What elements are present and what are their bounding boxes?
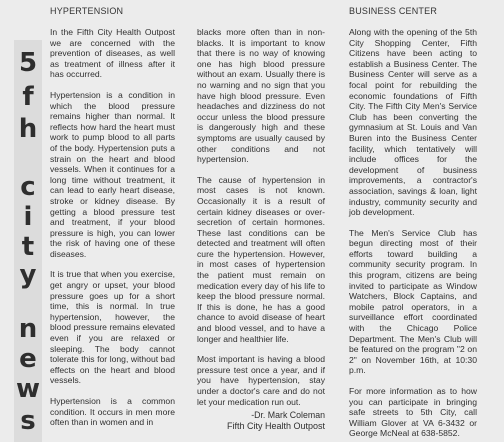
article-paragraph: blacks more often than in non-blacks. It… [197,27,325,165]
masthead-letter: h [14,116,42,142]
masthead-letter: y [14,262,42,288]
author-signature: -Dr. Mark Coleman [197,410,325,421]
masthead-letter: n [14,316,42,342]
masthead-letter: w [14,376,42,402]
article-paragraph: For more information as to how you can p… [349,386,477,439]
article-paragraph: Hypertension is a common condition. It o… [50,396,175,428]
article-paragraph: Along with the opening of the 5th City S… [349,27,477,218]
masthead-letter: c [14,174,42,200]
hypertension-column-2: blacks more often than in non-blacks. It… [197,6,325,431]
article-paragraph: In the Fifth City Health Outpost we are … [50,27,175,80]
article-paragraph: Hypertension is a condition in which the… [50,90,175,260]
masthead-letter: 5 [14,50,42,76]
article-paragraph: Most important is having a blood pressur… [197,354,325,407]
author-organization: Fifth City Health Outpost [197,421,325,432]
hypertension-heading: HYPERTENSION [50,6,175,17]
business-center-heading: BUSINESS CENTER [349,6,477,17]
masthead-letter: f [14,84,42,110]
article-paragraph: It is true that when you exercise, get a… [50,269,175,386]
business-center-column: BUSINESS CENTER Along with the opening o… [349,6,477,442]
masthead-letter: s [14,408,42,434]
masthead-letter: e [14,346,42,372]
masthead-letter: t [14,234,42,260]
masthead: 5 f h c i t y n e w s [14,40,42,442]
masthead-letter: i [14,204,42,230]
hypertension-column-1: HYPERTENSION In the Fifth City Health Ou… [50,6,175,438]
article-paragraph: The Men's Service Club has begun directi… [349,228,477,376]
article-paragraph: The cause of hypertension in most cases … [197,175,325,345]
